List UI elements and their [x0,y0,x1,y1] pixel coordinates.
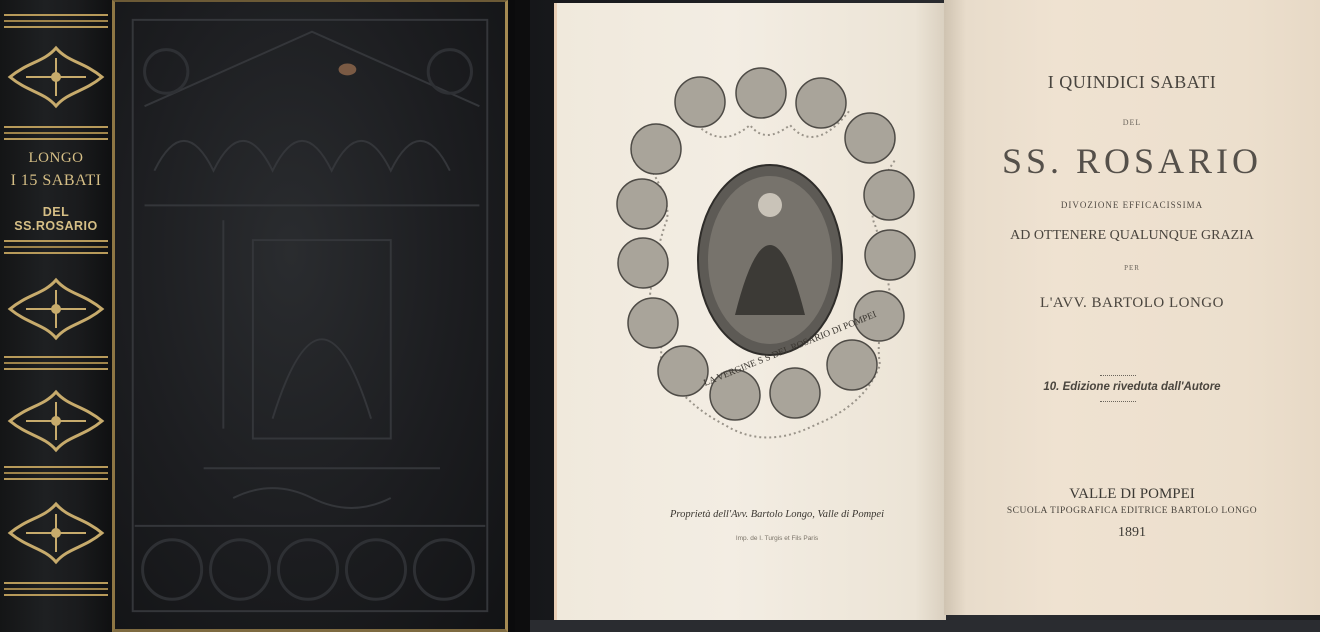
spine-subtitle: DEL SS.ROSARIO [0,205,112,233]
binding-edge [530,620,1320,632]
fleuron-ornament-icon [6,388,106,454]
book-spine: LONGO I 15 SABATI DEL SS.ROSARIO [0,0,112,632]
open-book-photo: LA VERGINE S S DEL ROSARIO DI POMPEI Pro… [530,0,1320,632]
property-credit-line: Proprietà dell'Avv. Bartolo Longo, Valle… [657,509,897,520]
imprint-year: 1891 [944,525,1320,541]
frontispiece-page: LA VERGINE S S DEL ROSARIO DI POMPEI Pro… [554,3,946,620]
gilt-band [4,582,108,596]
spine-author: LONGO [0,150,112,167]
imprint-place: VALLE DI POMPEI [944,486,1320,503]
ornamental-rule [1100,398,1136,402]
fleuron-ornament-icon [6,500,106,566]
subtitle-line-ottenere: AD OTTENERE QUALUNQUE GRAZIA [944,228,1320,244]
madonna-rosary-engraving-icon: LA VERGINE S S DEL ROSARIO DI POMPEI [615,65,925,465]
fleuron-ornament-icon [6,44,106,110]
title-page: I QUINDICI SABATI DEL SS. ROSARIO DIVOZI… [944,0,1320,615]
book-exterior-photo: LONGO I 15 SABATI DEL SS.ROSARIO [0,0,515,632]
gilt-band [4,240,108,254]
gilt-band [4,126,108,140]
front-cover [112,0,508,632]
author-line: L'AVV. BARTOLO LONGO [944,295,1320,312]
edition-line: 10. Edizione riveduta dall'Autore [944,381,1320,393]
gilt-band [4,356,108,370]
imprint-publisher: SCUOLA TIPOGRAFICA EDITRICE BARTOLO LONG… [944,506,1320,516]
printer-line: Imp. de I. Turgis et Fils Paris [657,535,897,542]
spine-title: I 15 SABATI [0,172,112,190]
gilt-band [4,466,108,480]
embossed-gothic-pattern-icon [115,2,505,629]
fleuron-ornament-icon [6,276,106,342]
title-line-rosario: SS. ROSARIO [944,140,1320,182]
subtitle-line-divozione: DIVOZIONE EFFICACISSIMA [944,200,1320,210]
ornamental-rule [1100,372,1136,376]
title-line-del: DEL [944,118,1320,127]
title-line-quindici-sabati: I QUINDICI SABATI [944,72,1320,93]
gilt-band [4,14,108,28]
title-line-per: PER [944,264,1320,272]
